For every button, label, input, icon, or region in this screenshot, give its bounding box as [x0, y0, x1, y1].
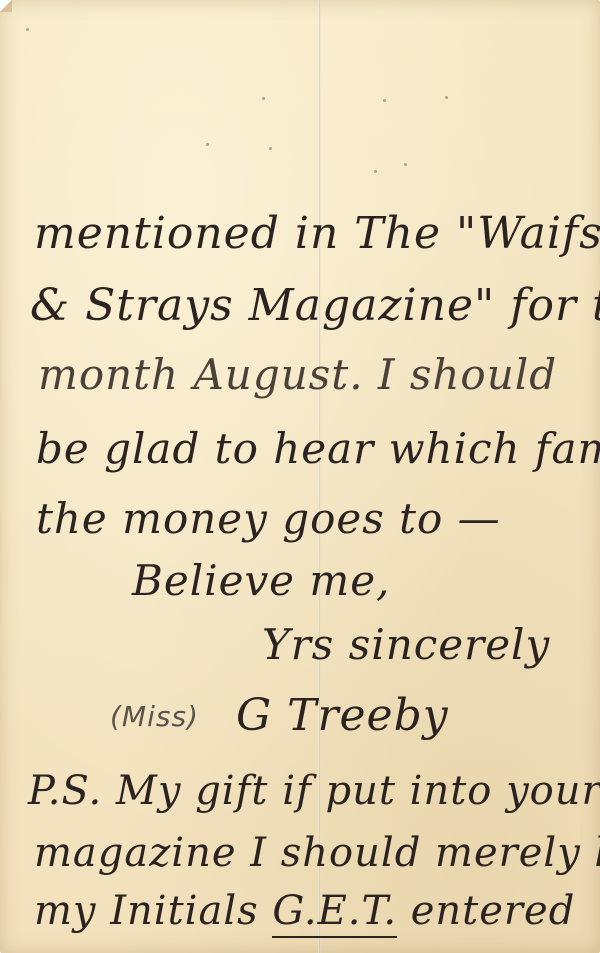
letter-line-5: the money goes to —	[36, 494, 501, 543]
closing-believe-me: Believe me,	[132, 556, 390, 605]
paper-blemish	[262, 97, 265, 100]
postscript-line-3: my Initials G.E.T. entered	[34, 888, 575, 934]
paper-blemish	[26, 28, 29, 31]
closing-yours-sincerely: Yrs sincerely	[262, 620, 550, 669]
postscript-line-1: P.S. My gift if put into your	[28, 768, 600, 814]
signature-prefix: (Miss)	[110, 700, 199, 733]
letter-page: mentioned in The "Waifs & Strays Magazin…	[0, 0, 600, 953]
letter-line-2: & Strays Magazine" for this	[30, 280, 600, 331]
paper-blemish	[269, 147, 272, 150]
postscript-line-3-suffix: entered	[411, 888, 576, 934]
page-corner	[0, 0, 12, 12]
paper-blemish	[445, 96, 448, 99]
paper-blemish	[206, 143, 209, 146]
letter-line-4: be glad to hear which family	[36, 424, 600, 473]
letter-line-1: mentioned in The "Waifs	[34, 208, 600, 259]
postscript-initials: G.E.T.	[272, 888, 397, 938]
postscript-line-3-prefix: my Initials	[34, 888, 259, 934]
paper-blemish	[383, 99, 386, 102]
postscript-line-2: magazine I should merely like	[34, 830, 600, 876]
paper-blemish	[404, 163, 407, 166]
signature-name: G Treeby	[236, 690, 449, 741]
letter-line-3: month August. I should	[38, 350, 557, 399]
paper-blemish	[374, 170, 377, 173]
